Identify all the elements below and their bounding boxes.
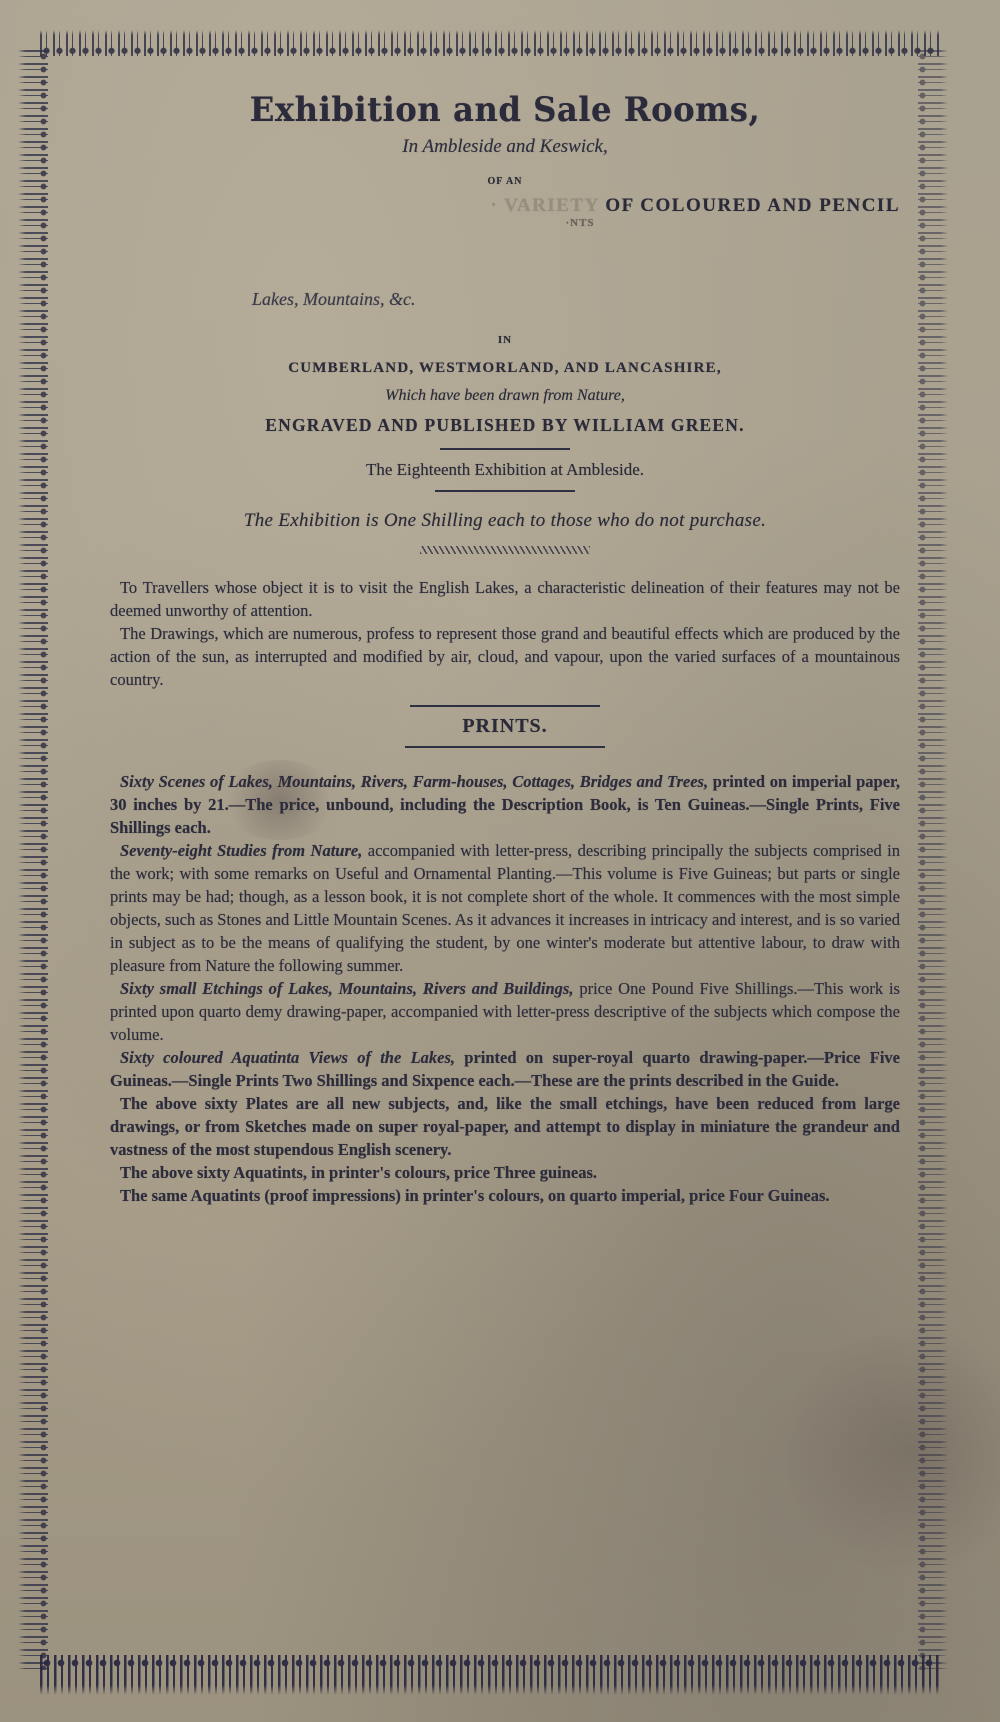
exhibition-number: The Eighteenth Exhibition at Ambleside. bbox=[110, 460, 900, 480]
location-line: In Ambleside and Keswick, bbox=[110, 136, 900, 158]
collection-line-visible: OF COLOURED AND PENCIL bbox=[605, 195, 900, 216]
divider-rule bbox=[440, 448, 570, 450]
prints-heading: PRINTS. bbox=[110, 715, 900, 738]
print-item-title: Sixty Scenes of Lakes, Mountains, Rivers… bbox=[120, 772, 708, 791]
intro-paragraph: To Travellers whose object it is to visi… bbox=[110, 576, 900, 622]
in-line: IN bbox=[110, 334, 900, 346]
print-item-title: Seventy-eight Studies from Nature, bbox=[120, 841, 362, 860]
print-item: Sixty coloured Aquatinta Views of the La… bbox=[110, 1046, 900, 1092]
divider-rule bbox=[410, 705, 600, 707]
print-item: Sixty Scenes of Lakes, Mountains, Rivers… bbox=[110, 770, 900, 839]
print-item: Sixty small Etchings of Lakes, Mountains… bbox=[110, 977, 900, 1046]
page-title: Exhibition and Sale Rooms, bbox=[130, 90, 881, 130]
collection-line-faded-suffix: ·NTS bbox=[110, 217, 900, 229]
of-an-line: OF AN bbox=[110, 176, 900, 187]
ornamental-border-left bbox=[18, 50, 48, 1670]
closing-paragraph: The above sixty Aquatints, in printer's … bbox=[110, 1161, 900, 1184]
divider-rule bbox=[405, 746, 605, 748]
ornamental-border-right bbox=[918, 50, 948, 1670]
publisher-line: ENGRAVED AND PUBLISHED BY WILLIAM GREEN. bbox=[110, 415, 900, 436]
collection-line-faded-prefix: · VARIETY bbox=[490, 195, 599, 216]
drawn-from-nature-line: Which have been drawn from Nature, bbox=[110, 387, 900, 405]
prints-list: Sixty Scenes of Lakes, Mountains, Rivers… bbox=[110, 770, 900, 1207]
print-item-title: Sixty coloured Aquatinta Views of the La… bbox=[120, 1048, 455, 1067]
collection-line: · VARIETY OF COLOURED AND PENCIL bbox=[110, 195, 900, 217]
print-item: Seventy-eight Studies from Nature, accom… bbox=[110, 839, 900, 977]
admission-notice: The Exhibition is One Shilling each to t… bbox=[110, 510, 900, 532]
divider-rule bbox=[435, 490, 575, 492]
ornamental-border-top bbox=[40, 30, 940, 56]
wavy-ornament-rule bbox=[420, 546, 590, 554]
counties-line: CUMBERLAND, WESTMORLAND, AND LANCASHIRE, bbox=[110, 360, 900, 377]
print-item-title: Sixty small Etchings of Lakes, Mountains… bbox=[120, 979, 573, 998]
subjects-line: Lakes, Mountains, &c. bbox=[110, 289, 900, 310]
print-item-text: accompanied with letter-press, describin… bbox=[110, 841, 900, 975]
intro-paragraph: The Drawings, which are numerous, profes… bbox=[110, 622, 900, 691]
closing-paragraph: The same Aquatints (proof impressions) i… bbox=[110, 1184, 900, 1207]
closing-paragraph: The above sixty Plates are all new subje… bbox=[110, 1092, 900, 1161]
intro-section: To Travellers whose object it is to visi… bbox=[110, 576, 900, 691]
broadside-content: Exhibition and Sale Rooms, In Ambleside … bbox=[110, 90, 900, 1207]
ornamental-border-bottom bbox=[40, 1655, 940, 1695]
